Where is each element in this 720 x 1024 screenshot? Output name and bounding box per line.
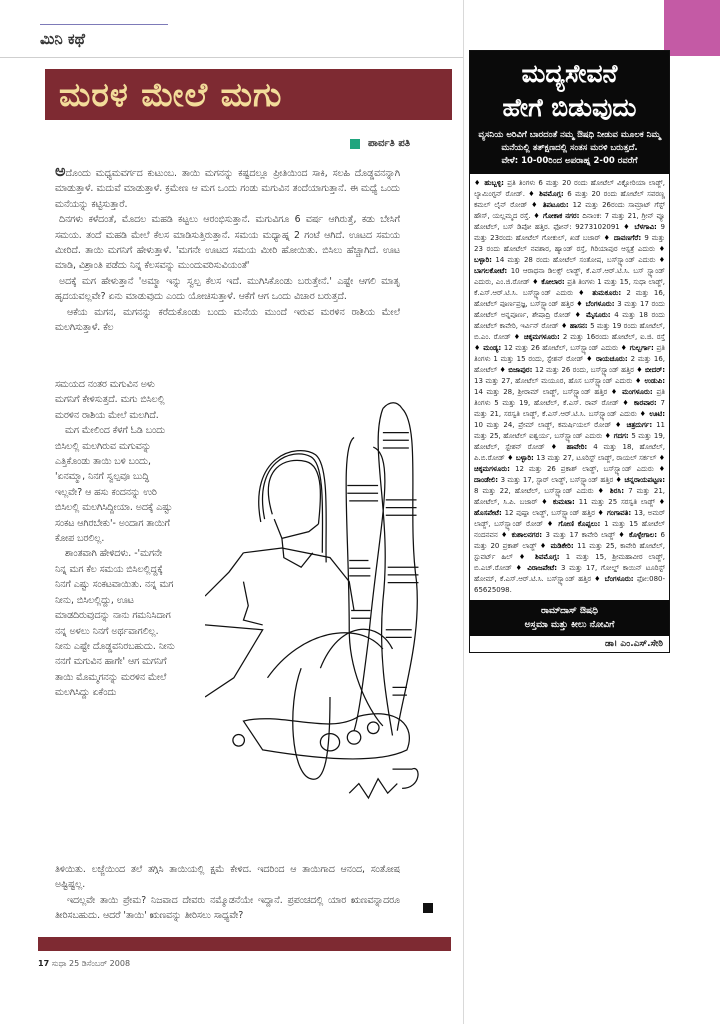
ad-title-line2: ಹೇಗೆ ಬಿಡುವುದು xyxy=(474,91,665,125)
ad-timing: ವೇಳೆ: 10-00ರಿಂದ ಅಪರಾಹ್ನ 2-00 ರವರೆಗೆ xyxy=(474,155,665,168)
ad-location-entry: ♦ ಮಂಡ್ಯ: 12 ಮತ್ತು 26 ಹೋಟೆಲ್, ಬಸ್‍ಸ್ಟ್ಯಾಂ… xyxy=(474,344,621,352)
article-body-narrow: ಸಮಯದ ನಂತರ ಮಗುವಿನ ಅಳು ಮಗನಿಗೆ ಕೇಳಿಸುತ್ತದೆ.… xyxy=(55,377,175,701)
ad-subtitle: ವ್ಯಸನಿಯ ಅರಿವಿಗೆ ಬಾರದಂತೆ ನಮ್ಮ ಔಷಧಿ ನೀಡುವ … xyxy=(474,129,665,155)
ad-locations-list: ♦ ಹುಬ್ಬಳ್ಳಿ: ಪ್ರತಿ ತಿಂಗಳು 6 ಮತ್ತು 20 ರಂದ… xyxy=(470,174,669,600)
header-divider xyxy=(0,57,463,58)
ad-footer: ರಾಮ್‍ದಾಸ್ ಔಷಧಿ ಅಸ್ತಮಾ ಮತ್ತು ಕೀಲು ನೋವಿಗೆ xyxy=(470,600,669,636)
paragraph: ಮಗ ಮೇಲಿಂದ ಕೆಳಗೆ ಓಡಿ ಬಂದು ಬಿಸಿಲಲ್ಲಿ ಮಲಗಿರ… xyxy=(55,423,175,546)
paragraph: ದಿನಗಳು ಕಳೆದಂತೆ, ಮೊದಲ ಮಹಡಿ ಕಟ್ಟಲು ಆರಂಭಿಸು… xyxy=(55,212,400,274)
line-art-illustration-mother-child xyxy=(205,383,455,838)
ad-footer-line2: ಅಸ್ತಮಾ ಮತ್ತು ಕೀಲು ನೋವಿಗೆ xyxy=(470,618,669,632)
paragraph: ಆಕೆಯ ಮಗನ, ಮಗನನ್ನು ಕರೆದುಕೊಂಡು ಬಂದು ಮನೆಯ ಮ… xyxy=(55,305,400,336)
ad-signature: ಡಾ। ಎಂ.ಎಸ್.ಸೇಠಿ xyxy=(470,636,669,652)
ad-location-entry: ♦ ಕುಶಾಲನಗರ: 3 ಮತ್ತು 17 ಕಾವೇರಿ ಲಾಡ್ಜ್ xyxy=(501,531,618,539)
footer-bar xyxy=(38,937,451,951)
section-rule xyxy=(40,24,168,25)
end-of-article-mark xyxy=(423,903,433,913)
publication-date: ಸುಧಾ 25 ಡಿಸೆಂಬರ್ 2008 xyxy=(52,959,130,968)
advertisement-panel: ಮದ್ಯಸೇವನೆ ಹೇಗೆ ಬಿಡುವುದು ವ್ಯಸನಿಯ ಅರಿವಿಗೆ … xyxy=(469,50,670,653)
paragraph: ಅದಕ್ಕೆ ಮಗ ಹೇಳುತ್ತಾನೆ 'ಅಮ್ಮಾ ಇನ್ನು ಸ್ವಲ್ಪ… xyxy=(55,274,400,305)
page-footer: 17 ಸುಧಾ 25 ಡಿಸೆಂಬರ್ 2008 xyxy=(38,959,130,969)
paragraph: ಅದೊಂದು ಮಧ್ಯಮವರ್ಗದ ಕುಟುಂಬ. ತಾಯಿ ಮಗನನ್ನು ಕ… xyxy=(55,163,400,212)
ad-title-line1: ಮದ್ಯಸೇವನೆ xyxy=(474,57,665,91)
drop-cap: ಅ xyxy=(55,161,66,180)
byline-square-icon xyxy=(350,139,360,149)
paragraph: ತಿಳಿಯಿತು. ಲಜ್ಜೆಯಿಂದ ತಲೆ ತಗ್ಗಿಸಿ ತಾಯಿಯಲ್ಲ… xyxy=(55,862,400,893)
paragraph: ಸಮಯದ ನಂತರ ಮಗುವಿನ ಅಳು ಮಗನಿಗೆ ಕೇಳಿಸುತ್ತದೆ.… xyxy=(55,377,175,423)
ad-footer-line1: ರಾಮ್‍ದಾಸ್ ಔಷಧಿ xyxy=(470,604,669,618)
page-number: 17 xyxy=(38,959,49,968)
paragraph: ಇದಲ್ಲವೇ ತಾಯಿ ಪ್ರೇಮ? ನಿಜವಾದ ದೇವರು ನಮ್ಮೊಡನ… xyxy=(55,893,400,924)
article-body-top: ಅದೊಂದು ಮಧ್ಯಮವರ್ಗದ ಕುಟುಂಬ. ತಾಯಿ ಮಗನನ್ನು ಕ… xyxy=(55,163,400,335)
ad-location-entry: ♦ ಕುಮಟಾ: 11 ಮತ್ತು 25 ಸರಸ್ವತಿ ಲಾಡ್ಜ್ xyxy=(541,498,658,506)
ad-header: ಮದ್ಯಸೇವನೆ ಹೇಗೆ ಬಿಡುವುದು ವ್ಯಸನಿಯ ಅರಿವಿಗೆ … xyxy=(470,51,669,174)
page-corner-tab xyxy=(664,0,720,56)
ad-location-entry: ♦ ಚಿಕ್ಕಮಗಳೂರು: 2 ಮತ್ತು 16ರಂದು ಹೋಟೆಲ್, ಐ.… xyxy=(514,333,665,341)
column-divider xyxy=(463,0,464,1024)
section-label: ಮಿನಿ ಕಥೆ xyxy=(40,30,85,48)
article-body-bottom: ತಿಳಿಯಿತು. ಲಜ್ಜೆಯಿಂದ ತಲೆ ತಗ್ಗಿಸಿ ತಾಯಿಯಲ್ಲ… xyxy=(55,862,400,924)
article-title-bar: ಮರಳ ಮೇಲೆ ಮಗು xyxy=(45,69,452,120)
paragraph: ಶಾಂತವಾಗಿ ಹೇಳಿದಳು. -'ಮಗನೇ ನಿನ್ನ ಮಗ ಕೆಲ ಸಮ… xyxy=(55,546,175,700)
author-name: ಪಾರ್ವತಿ ಪತಿ xyxy=(368,138,410,149)
ad-location-entry: ♦ ಬಿಜಾಪುರ: 12 ಮತ್ತು 26 ರಂದು, ಬಸ್‍ಸ್ಟ್ಯಾಂ… xyxy=(500,366,637,374)
byline: ಪಾರ್ವತಿ ಪತಿ xyxy=(350,138,410,149)
article-title: ಮರಳ ಮೇಲೆ ಮಗು xyxy=(59,75,282,115)
ad-location-entry: ♦ ಬಳ್ಳಾರಿ: 13 ಮತ್ತು 27, ಟೂರಿಸ್ಟ್ ಲಾಡ್ಜ್,… xyxy=(507,454,659,462)
